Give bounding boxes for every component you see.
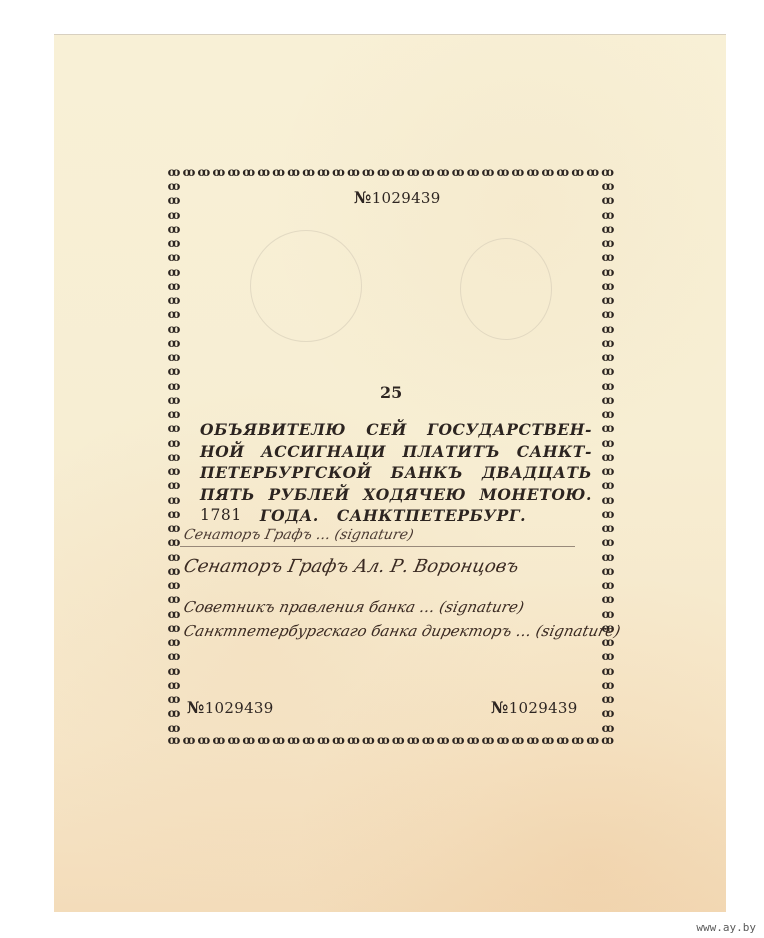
ornament-glyph-icon: ꝏ: [600, 451, 614, 463]
serial-value: 1029439: [509, 699, 578, 717]
ornament-glyph-icon: ꝏ: [600, 351, 614, 363]
ornament-glyph-icon: ꝏ: [435, 734, 449, 748]
ornament-glyph-icon: ꝏ: [166, 394, 180, 406]
ornament-glyph-icon: ꝏ: [166, 294, 180, 306]
ornament-glyph-icon: ꝏ: [420, 166, 434, 180]
ornament-glyph-icon: ꝏ: [600, 665, 614, 677]
ornament-glyph-icon: ꝏ: [480, 166, 494, 180]
serial-number-bottom-right: №1029439: [491, 698, 578, 717]
ornament-glyph-icon: ꝏ: [600, 650, 614, 662]
ornament-glyph-icon: ꝏ: [241, 166, 255, 180]
ornament-glyph-icon: ꝏ: [600, 679, 614, 691]
ornament-glyph-icon: ꝏ: [600, 693, 614, 705]
printed-line-2: НОЙ АССИГНАЦИ ПЛАТИТЪ САНКТ-: [200, 441, 592, 463]
ornament-glyph-icon: ꝏ: [166, 494, 180, 506]
ornament-glyph-icon: ꝏ: [166, 194, 180, 206]
ornament-glyph-icon: ꝏ: [166, 679, 180, 691]
ornament-glyph-icon: ꝏ: [166, 608, 180, 620]
ornament-glyph-icon: ꝏ: [480, 734, 494, 748]
border-bottom: ꝏꝏꝏꝏꝏꝏꝏꝏꝏꝏꝏꝏꝏꝏꝏꝏꝏꝏꝏꝏꝏꝏꝏꝏꝏꝏꝏꝏꝏꝏ: [166, 734, 614, 748]
ornament-glyph-icon: ꝏ: [465, 734, 479, 748]
signature-line-2: Сенаторъ Графъ Ал. Р. Воронцовъ: [182, 556, 606, 577]
ornament-glyph-icon: ꝏ: [166, 337, 180, 349]
ornament-glyph-icon: ꝏ: [600, 365, 614, 377]
ornament-glyph-icon: ꝏ: [600, 394, 614, 406]
ornament-glyph-icon: ꝏ: [600, 422, 614, 434]
ornament-glyph-icon: ꝏ: [600, 194, 614, 206]
ornament-glyph-icon: ꝏ: [330, 166, 344, 180]
ornament-glyph-icon: ꝏ: [345, 166, 359, 180]
ornament-glyph-icon: ꝏ: [345, 734, 359, 748]
ornament-glyph-icon: ꝏ: [166, 166, 180, 180]
ornament-glyph-icon: ꝏ: [166, 479, 180, 491]
ornament-glyph-icon: ꝏ: [166, 693, 180, 705]
ornament-glyph-icon: ꝏ: [226, 734, 240, 748]
ornament-glyph-icon: ꝏ: [271, 166, 285, 180]
ornament-glyph-icon: ꝏ: [166, 437, 180, 449]
ornament-glyph-icon: ꝏ: [301, 166, 315, 180]
ornament-glyph-icon: ꝏ: [166, 636, 180, 648]
ornament-glyph-icon: ꝏ: [375, 734, 389, 748]
word: ГОСУДАРСТВЕН-: [427, 419, 592, 441]
ornament-glyph-icon: ꝏ: [390, 166, 404, 180]
word: ДВАДЦАТЬ: [482, 462, 592, 484]
ornament-glyph-icon: ꝏ: [166, 508, 180, 520]
ornament-glyph-icon: ꝏ: [600, 707, 614, 719]
ornament-glyph-icon: ꝏ: [600, 251, 614, 263]
word: ПЯТЬ: [200, 484, 255, 506]
ornament-glyph-icon: ꝏ: [166, 408, 180, 420]
word: НОЙ: [200, 441, 245, 463]
serial-number-top: №1029439: [354, 188, 441, 207]
ornament-glyph-icon: ꝏ: [570, 734, 584, 748]
ornament-glyph-icon: ꝏ: [540, 166, 554, 180]
numero-sign: №: [354, 188, 372, 207]
ornament-glyph-icon: ꝏ: [166, 323, 180, 335]
numero-sign: №: [491, 698, 509, 717]
ornament-glyph-icon: ꝏ: [555, 734, 569, 748]
word: СЕЙ: [366, 419, 407, 441]
ornament-glyph-icon: ꝏ: [600, 280, 614, 292]
ornament-glyph-icon: ꝏ: [166, 451, 180, 463]
ornament-glyph-icon: ꝏ: [286, 166, 300, 180]
ornament-glyph-icon: ꝏ: [525, 734, 539, 748]
ornament-glyph-icon: ꝏ: [600, 223, 614, 235]
ornament-glyph-icon: ꝏ: [600, 180, 614, 192]
word: МОНЕТОЮ.: [480, 484, 592, 506]
ornament-glyph-icon: ꝏ: [286, 734, 300, 748]
serial-value: 1029439: [372, 189, 441, 207]
ornament-glyph-icon: ꝏ: [316, 166, 330, 180]
ornament-glyph-icon: ꝏ: [166, 665, 180, 677]
word: ПЛАТИТЪ: [403, 441, 501, 463]
ornament-glyph-icon: ꝏ: [390, 734, 404, 748]
word: ОБЪЯВИТЕЛЮ: [200, 419, 346, 441]
ornament-glyph-icon: ꝏ: [600, 308, 614, 320]
ornament-glyph-icon: ꝏ: [600, 479, 614, 491]
ornament-glyph-icon: ꝏ: [510, 734, 524, 748]
ornament-glyph-icon: ꝏ: [375, 166, 389, 180]
word: РУБЛЕЙ: [268, 484, 349, 506]
word: САНКТ-: [517, 441, 592, 463]
ornament-glyph-icon: ꝏ: [166, 551, 180, 563]
ornament-glyph-icon: ꝏ: [196, 734, 210, 748]
ornament-glyph-icon: ꝏ: [555, 166, 569, 180]
border-left: ꝏꝏꝏꝏꝏꝏꝏꝏꝏꝏꝏꝏꝏꝏꝏꝏꝏꝏꝏꝏꝏꝏꝏꝏꝏꝏꝏꝏꝏꝏꝏꝏꝏꝏꝏꝏꝏꝏꝏ: [166, 180, 180, 734]
ornament-glyph-icon: ꝏ: [450, 734, 464, 748]
ornament-glyph-icon: ꝏ: [271, 734, 285, 748]
printed-line-4: ПЯТЬ РУБЛЕЙ ХОДЯЧЕЮ МОНЕТОЮ.: [200, 484, 592, 506]
word: ХОДЯЧЕЮ: [363, 484, 466, 506]
signature-underline: [180, 546, 575, 547]
ornament-glyph-icon: ꝏ: [166, 308, 180, 320]
ornament-glyph-icon: ꝏ: [585, 166, 599, 180]
ornament-glyph-icon: ꝏ: [525, 166, 539, 180]
serial-value: 1029439: [205, 699, 274, 717]
ornament-glyph-icon: ꝏ: [600, 494, 614, 506]
ornament-glyph-icon: ꝏ: [166, 536, 180, 548]
ornament-glyph-icon: ꝏ: [211, 734, 225, 748]
ornament-glyph-icon: ꝏ: [166, 465, 180, 477]
ornament-glyph-icon: ꝏ: [420, 734, 434, 748]
ornament-glyph-icon: ꝏ: [330, 734, 344, 748]
ornament-glyph-icon: ꝏ: [301, 734, 315, 748]
ornament-glyph-icon: ꝏ: [166, 622, 180, 634]
ornament-glyph-icon: ꝏ: [166, 351, 180, 363]
word: АССИГНАЦИ: [261, 441, 386, 463]
signature-line-4: Санктпетербургскаго банка директоръ … (s…: [182, 622, 606, 640]
ornament-glyph-icon: ꝏ: [166, 380, 180, 392]
printed-line-3: ПЕТЕРБУРГСКОЙ БАНКЪ ДВАДЦАТЬ: [200, 462, 592, 484]
word: БАНКЪ: [391, 462, 463, 484]
ornament-glyph-icon: ꝏ: [405, 166, 419, 180]
ornament-glyph-icon: ꝏ: [435, 166, 449, 180]
serial-number-bottom-left: №1029439: [187, 698, 274, 717]
ornament-glyph-icon: ꝏ: [465, 166, 479, 180]
ornament-glyph-icon: ꝏ: [585, 734, 599, 748]
ornament-glyph-icon: ꝏ: [600, 294, 614, 306]
ornament-glyph-icon: ꝏ: [166, 223, 180, 235]
ornament-glyph-icon: ꝏ: [495, 734, 509, 748]
ornament-glyph-icon: ꝏ: [256, 734, 270, 748]
ornament-glyph-icon: ꝏ: [600, 437, 614, 449]
ornament-glyph-icon: ꝏ: [600, 408, 614, 420]
ornament-glyph-icon: ꝏ: [600, 465, 614, 477]
ornament-glyph-icon: ꝏ: [316, 734, 330, 748]
ornament-glyph-icon: ꝏ: [450, 166, 464, 180]
ornament-glyph-icon: ꝏ: [166, 579, 180, 591]
ornament-glyph-icon: ꝏ: [600, 323, 614, 335]
border-right: ꝏꝏꝏꝏꝏꝏꝏꝏꝏꝏꝏꝏꝏꝏꝏꝏꝏꝏꝏꝏꝏꝏꝏꝏꝏꝏꝏꝏꝏꝏꝏꝏꝏꝏꝏꝏꝏꝏꝏ: [600, 180, 614, 734]
ornament-glyph-icon: ꝏ: [166, 707, 180, 719]
year: 1781: [200, 505, 242, 527]
ornament-glyph-icon: ꝏ: [360, 166, 374, 180]
ornament-glyph-icon: ꝏ: [226, 166, 240, 180]
ornament-glyph-icon: ꝏ: [570, 166, 584, 180]
word: САНКТПЕТЕРБУРГ.: [337, 505, 526, 527]
border-top: ꝏꝏꝏꝏꝏꝏꝏꝏꝏꝏꝏꝏꝏꝏꝏꝏꝏꝏꝏꝏꝏꝏꝏꝏꝏꝏꝏꝏꝏꝏ: [166, 166, 614, 180]
ornament-glyph-icon: ꝏ: [166, 722, 180, 734]
ornament-glyph-icon: ꝏ: [600, 579, 614, 591]
site-watermark: www.ay.by: [696, 921, 756, 934]
ornament-glyph-icon: ꝏ: [600, 337, 614, 349]
ornament-glyph-icon: ꝏ: [166, 266, 180, 278]
printed-line-5: 1781 ГОДА. САНКТПЕТЕРБУРГ.: [200, 505, 592, 527]
ornament-glyph-icon: ꝏ: [405, 734, 419, 748]
ornament-glyph-icon: ꝏ: [495, 166, 509, 180]
ornament-glyph-icon: ꝏ: [166, 565, 180, 577]
ornament-glyph-icon: ꝏ: [166, 650, 180, 662]
word: ГОДА.: [260, 505, 319, 527]
signature-line-1: Сенаторъ Графъ … (signature): [182, 527, 605, 543]
ornament-glyph-icon: ꝏ: [166, 422, 180, 434]
ornament-glyph-icon: ꝏ: [166, 209, 180, 221]
ornament-glyph-icon: ꝏ: [181, 734, 195, 748]
ornament-glyph-icon: ꝏ: [600, 237, 614, 249]
ornament-glyph-icon: ꝏ: [540, 734, 554, 748]
denomination: 25: [380, 383, 402, 402]
ornament-glyph-icon: ꝏ: [166, 365, 180, 377]
ornament-glyph-icon: ꝏ: [600, 166, 614, 180]
ornament-glyph-icon: ꝏ: [166, 280, 180, 292]
ornament-glyph-icon: ꝏ: [360, 734, 374, 748]
ornament-glyph-icon: ꝏ: [600, 508, 614, 520]
ornament-glyph-icon: ꝏ: [600, 266, 614, 278]
ornament-glyph-icon: ꝏ: [600, 722, 614, 734]
ornament-glyph-icon: ꝏ: [166, 522, 180, 534]
word: ПЕТЕРБУРГСКОЙ: [200, 462, 372, 484]
printed-line-1: ОБЪЯВИТЕЛЮ СЕЙ ГОСУДАРСТВЕН-: [200, 419, 592, 441]
ornament-glyph-icon: ꝏ: [166, 237, 180, 249]
ornament-glyph-icon: ꝏ: [166, 593, 180, 605]
numero-sign: №: [187, 698, 205, 717]
ornament-glyph-icon: ꝏ: [211, 166, 225, 180]
ornament-glyph-icon: ꝏ: [166, 734, 180, 748]
ornament-glyph-icon: ꝏ: [241, 734, 255, 748]
ornament-glyph-icon: ꝏ: [510, 166, 524, 180]
ornament-glyph-icon: ꝏ: [600, 209, 614, 221]
ornament-glyph-icon: ꝏ: [256, 166, 270, 180]
ornament-glyph-icon: ꝏ: [166, 251, 180, 263]
signature-line-3: Советникъ правления банка … (signature): [182, 598, 606, 616]
ornament-glyph-icon: ꝏ: [196, 166, 210, 180]
printed-text-block: ОБЪЯВИТЕЛЮ СЕЙ ГОСУДАРСТВЕН- НОЙ АССИГНА…: [200, 419, 592, 527]
ornament-glyph-icon: ꝏ: [600, 734, 614, 748]
ornament-glyph-icon: ꝏ: [600, 380, 614, 392]
ornament-glyph-icon: ꝏ: [166, 180, 180, 192]
ornament-glyph-icon: ꝏ: [181, 166, 195, 180]
